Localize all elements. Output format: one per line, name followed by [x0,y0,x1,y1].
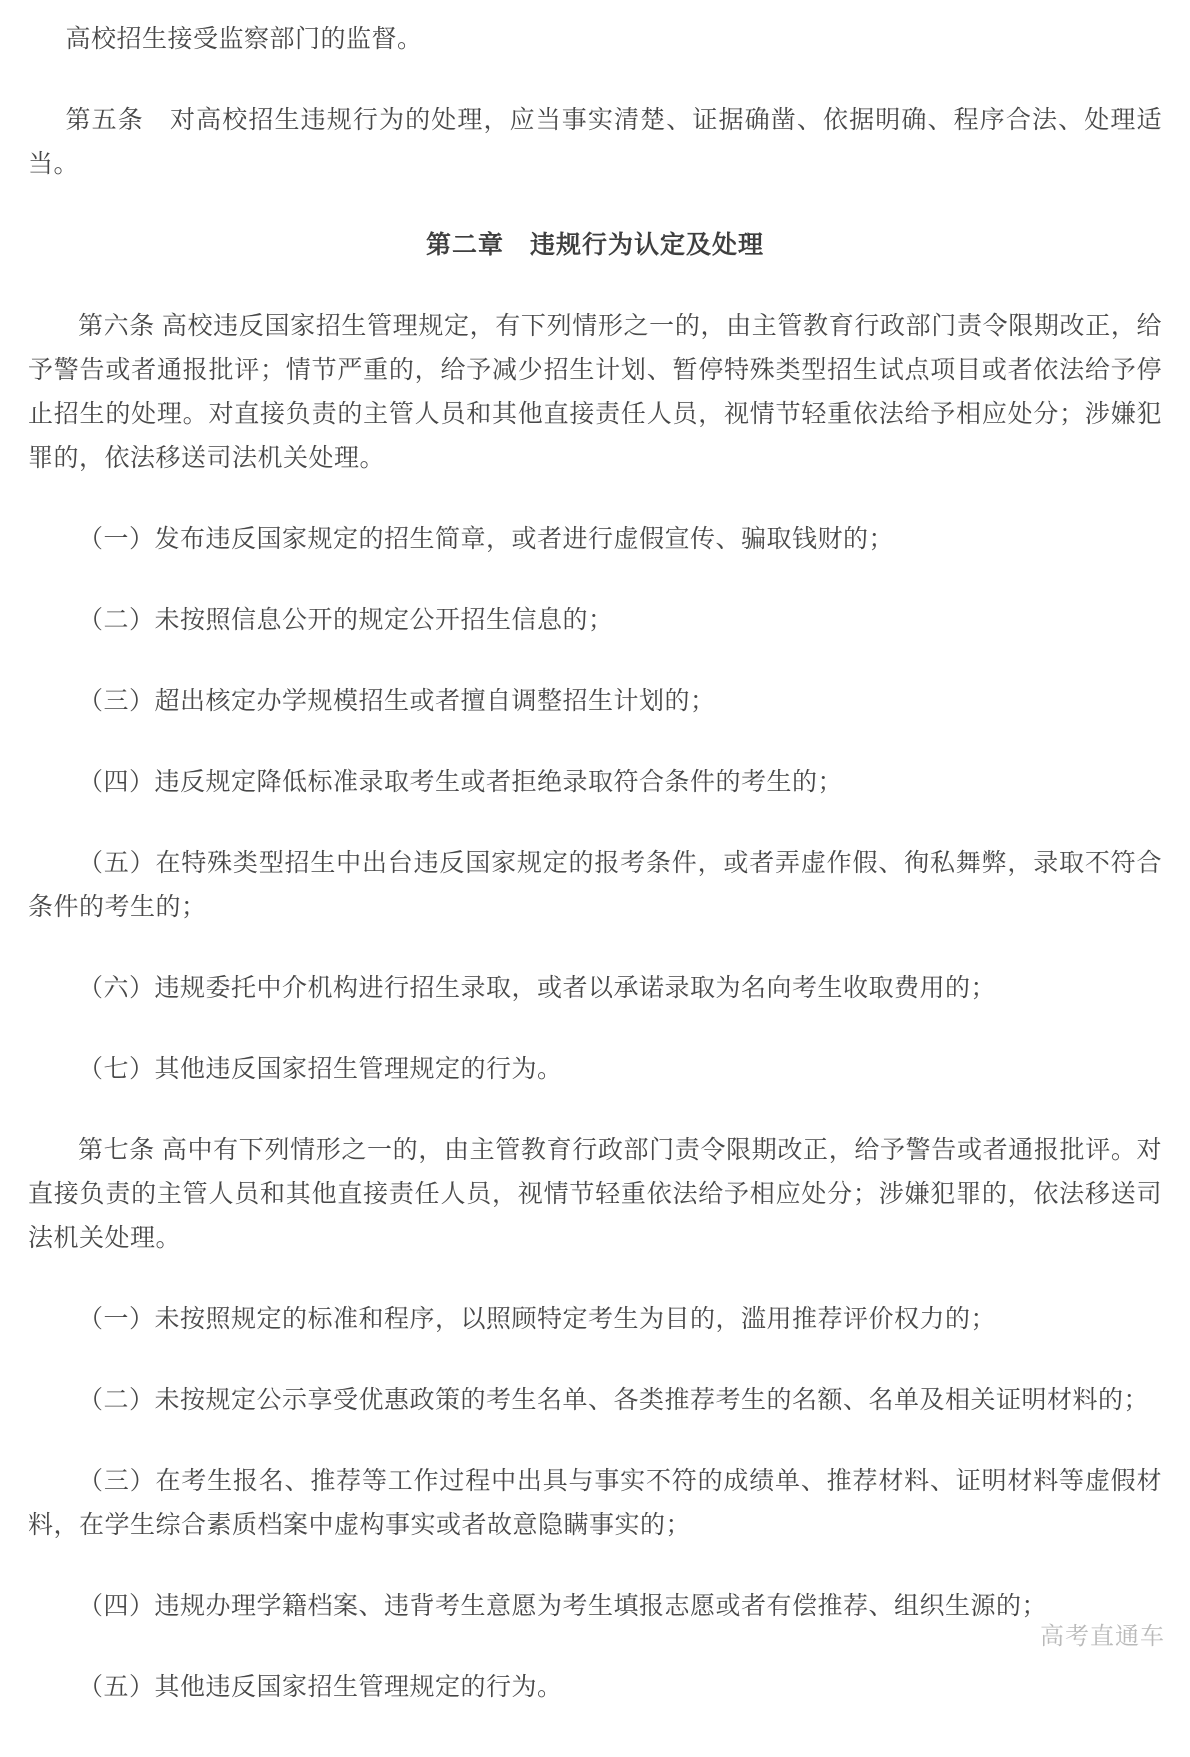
article-7-item-5: （五）其他违反国家招生管理规定的行为。 [28,1666,1162,1710]
chapter-2-heading: 第二章 违规行为认定及处理 [28,224,1162,268]
paragraph-article-7-lead: 第七条 高中有下列情形之一的，由主管教育行政部门责令限期改正，给予警告或者通报批… [28,1129,1162,1261]
paragraph-article-5: 第五条 对高校招生违规行为的处理，应当事实清楚、证据确凿、依据明确、程序合法、处… [28,99,1162,187]
article-7-item-2: （二）未按规定公示享受优惠政策的考生名单、各类推荐考生的名额、名单及相关证明材料… [28,1379,1162,1423]
document-page: 高校招生接受监察部门的监督。 第五条 对高校招生违规行为的处理，应当事实清楚、证… [0,0,1190,1757]
paragraph-supervision-tail: 高校招生接受监察部门的监督。 [28,18,1162,62]
article-7-item-4: （四）违规办理学籍档案、违背考生意愿为考生填报志愿或者有偿推荐、组织生源的； [28,1585,1162,1629]
article-6-item-5: （五）在特殊类型招生中出台违反国家规定的报考条件，或者弄虚作假、徇私舞弊，录取不… [28,842,1162,930]
article-6-item-7: （七）其他违反国家招生管理规定的行为。 [28,1048,1162,1092]
article-7-item-3: （三）在考生报名、推荐等工作过程中出具与事实不符的成绩单、推荐材料、证明材料等虚… [28,1460,1162,1548]
article-6-item-4: （四）违反规定降低标准录取考生或者拒绝录取符合条件的考生的； [28,761,1162,805]
watermark: 高考直通车 [1040,1622,1165,1652]
paragraph-article-6-lead: 第六条 高校违反国家招生管理规定，有下列情形之一的，由主管教育行政部门责令限期改… [28,305,1162,481]
article-6-item-6: （六）违规委托中介机构进行招生录取，或者以承诺录取为名向考生收取费用的； [28,967,1162,1011]
article-6-item-1: （一）发布违反国家规定的招生简章，或者进行虚假宣传、骗取钱财的； [28,518,1162,562]
article-6-item-3: （三）超出核定办学规模招生或者擅自调整招生计划的； [28,680,1162,724]
article-7-item-1: （一）未按照规定的标准和程序，以照顾特定考生为目的，滥用推荐评价权力的； [28,1298,1162,1342]
article-6-item-2: （二）未按照信息公开的规定公开招生信息的； [28,599,1162,643]
